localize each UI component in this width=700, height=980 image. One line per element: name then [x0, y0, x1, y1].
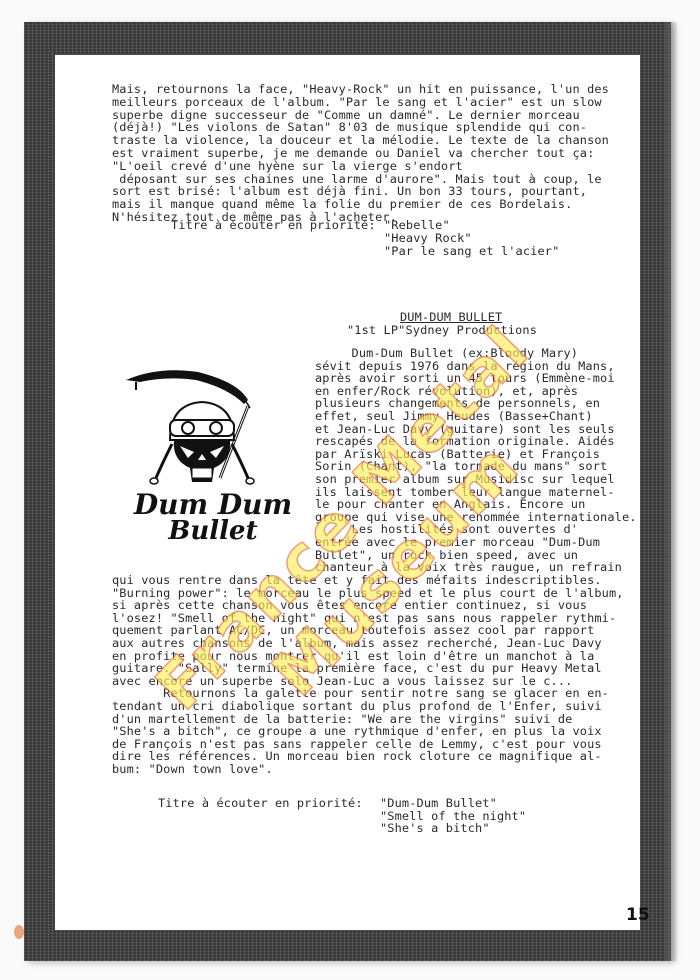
- paragraph-line: Dum-Dum Bullet (ex:Bloody Mary): [315, 347, 578, 360]
- priority-track: "Rebelle": [384, 219, 450, 232]
- paragraph-line: Mais, retournons la face, "Heavy-Rock" u…: [112, 83, 609, 96]
- paragraph-line: bum: "Down town love".: [112, 763, 273, 776]
- skull-scythe-icon: [118, 360, 308, 490]
- paragraph-line: qui vous rentre dans la tête et y fait d…: [112, 574, 602, 587]
- page-border-shadow: [664, 22, 678, 961]
- band-heading: DUM-DUM BULLET: [400, 311, 502, 324]
- review2-priority-label: Titre à écouter en priorité:: [158, 797, 363, 810]
- paragraph-line: aux autres chansons de l'album, mais ass…: [112, 637, 602, 650]
- paragraph-line: "L'oeil crevé d'une hyène sur la vierge …: [112, 160, 463, 173]
- priority-track: "Dum-Dum Bullet": [380, 797, 497, 810]
- priority-track: "She's a bitch": [380, 822, 490, 835]
- review1-priority-label: Titre à écouter en priorité:: [171, 219, 376, 232]
- logo-text-line2: Bullet: [118, 516, 308, 546]
- priority-track: "Par le sang et l'acier": [384, 245, 559, 258]
- paper-stain: [14, 925, 24, 939]
- paragraph-line: est vraiment superbe, je me demande ou D…: [112, 147, 594, 160]
- album-line: "1st LP"Sydney Productions: [347, 324, 537, 337]
- paragraph-line: effet, seul Jimmy Heudes (Basse+Chant): [315, 410, 593, 423]
- paragraph-line: tendant un cri diabolique sortant du plu…: [112, 700, 602, 713]
- page-number: 15: [626, 905, 650, 925]
- priority-track: "Heavy Rock": [384, 232, 472, 245]
- paragraph-line: son premier album sur Musidisc sur leque…: [315, 473, 615, 486]
- paragraph-line: meilleurs porceaux de l'album. "Par le s…: [112, 96, 602, 109]
- band-logo: Dum Dum Bullet: [118, 360, 308, 545]
- paragraph-line: entrée avec le premier morceau "Dum-Dum: [315, 536, 600, 549]
